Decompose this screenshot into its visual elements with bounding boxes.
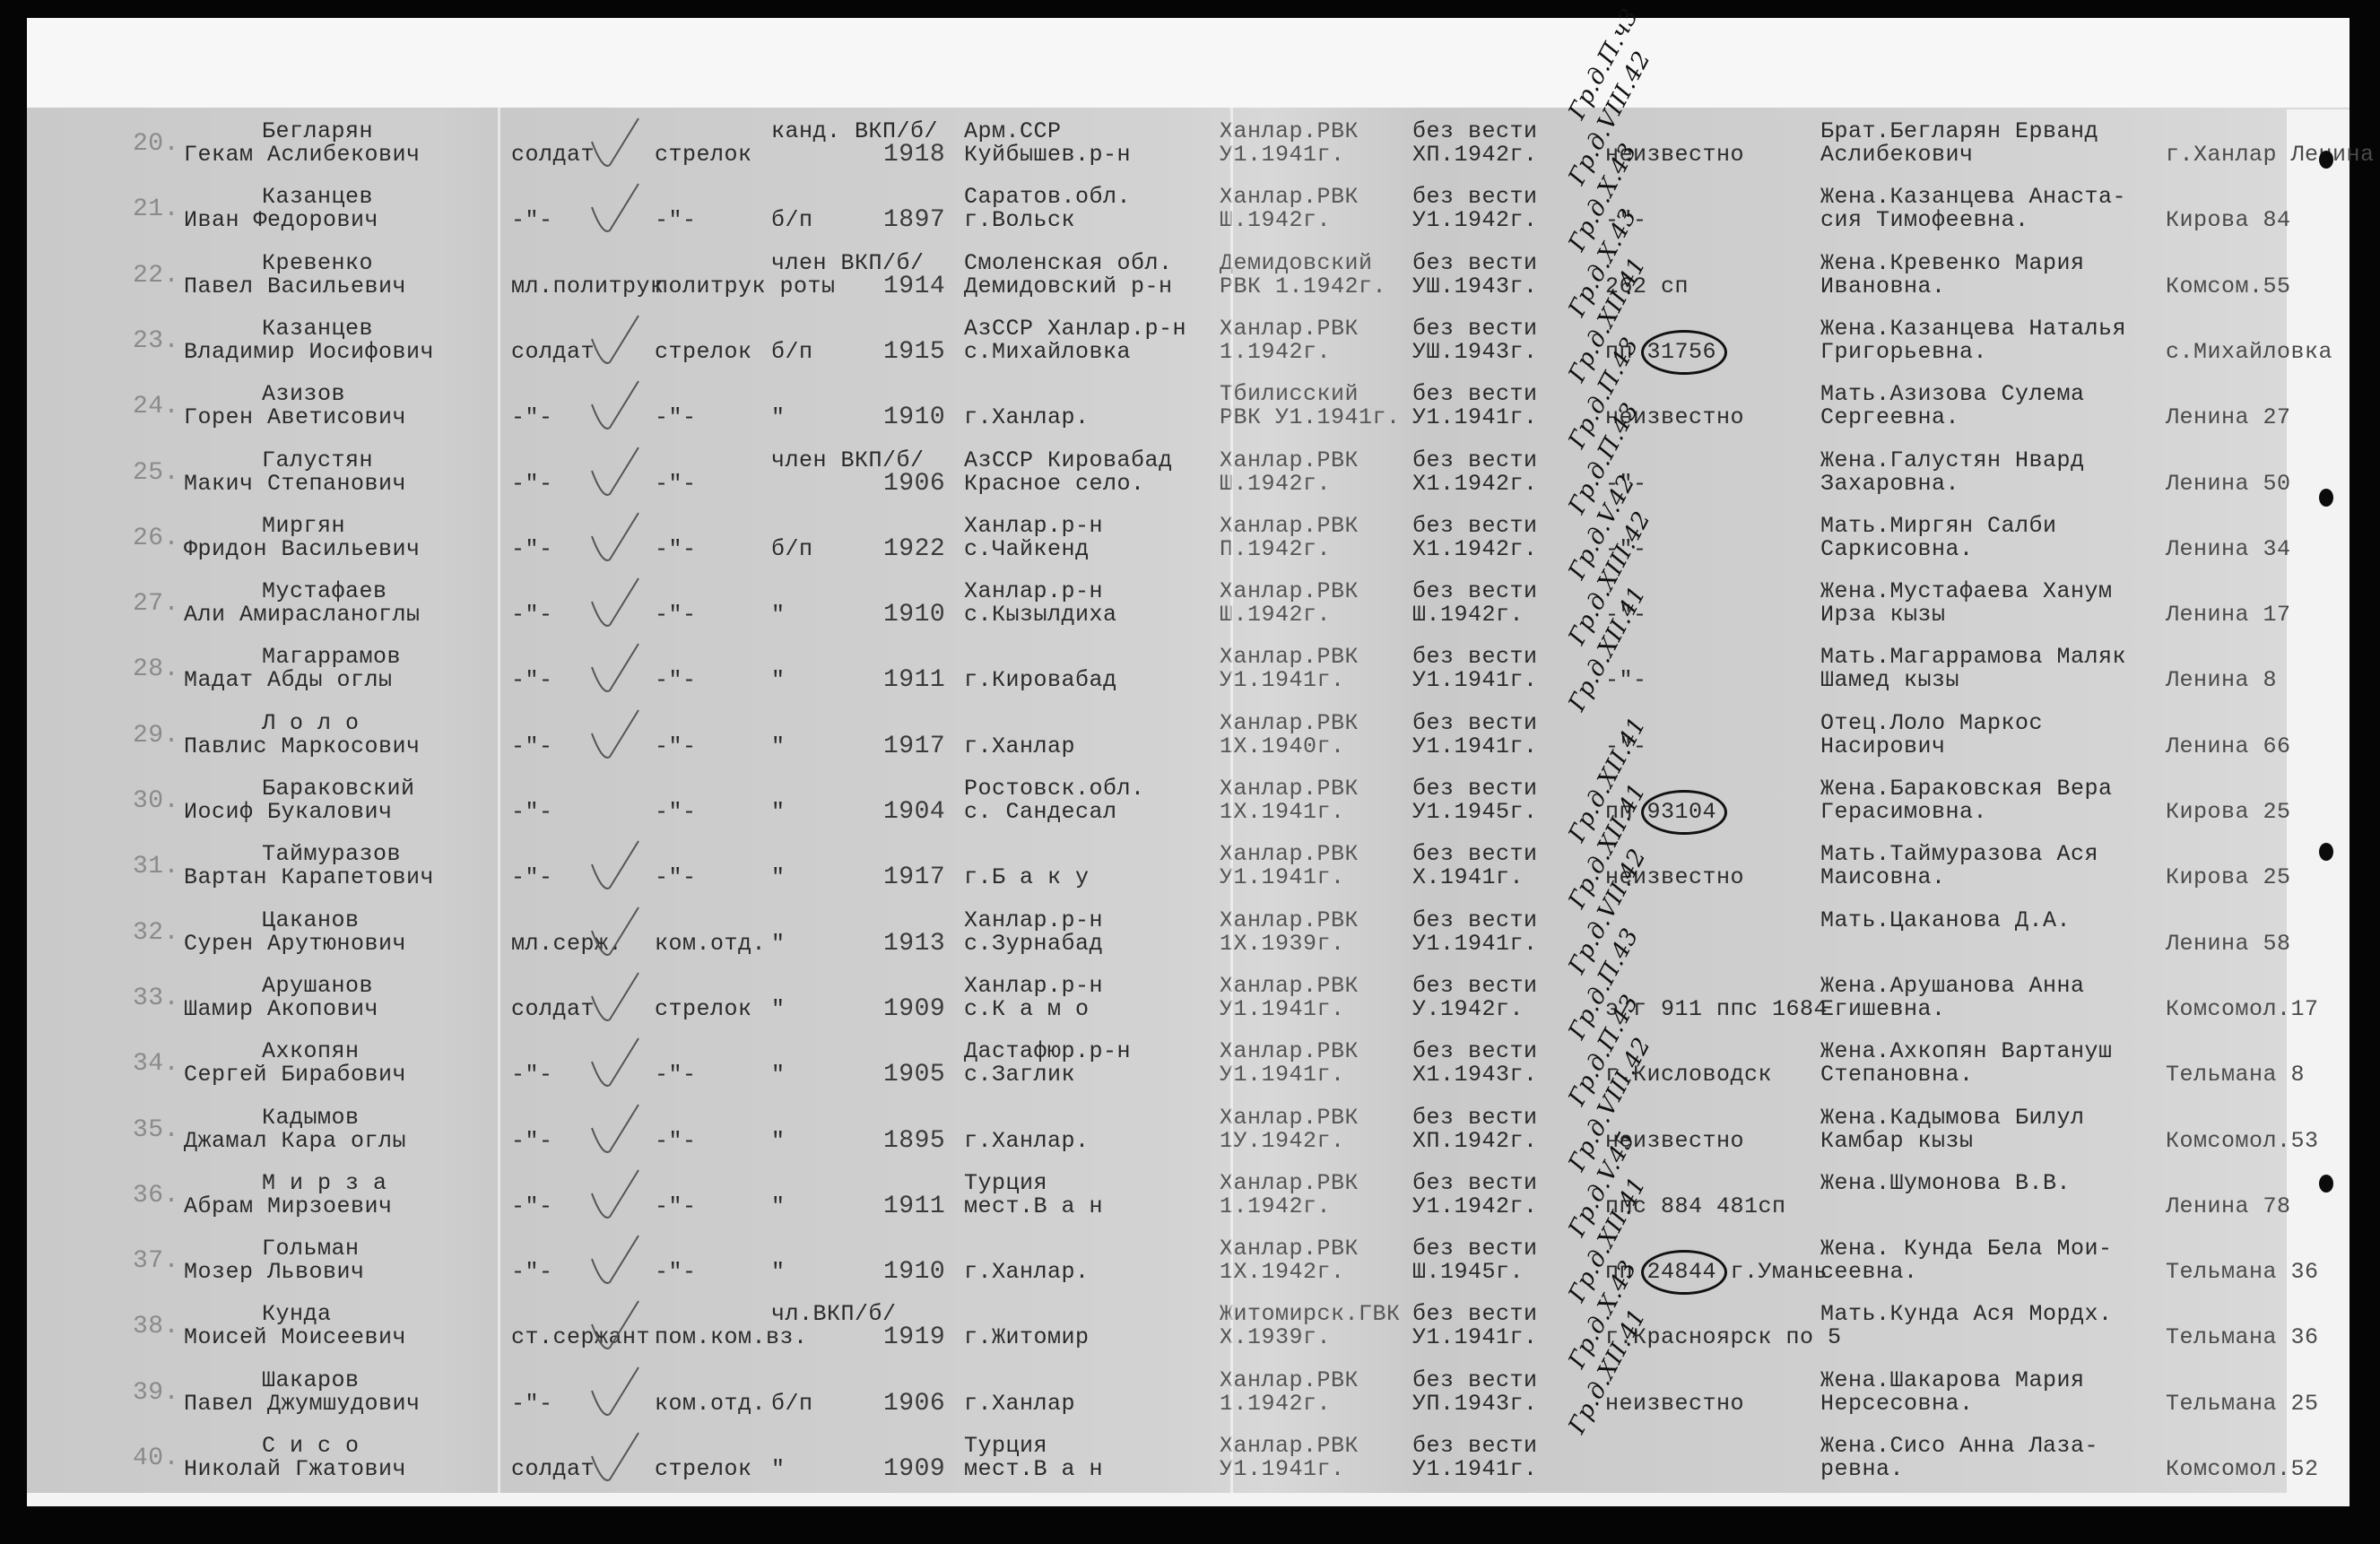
row-number: 21. — [133, 198, 179, 221]
checkmark-icon — [583, 180, 646, 236]
address: Кирова 84 — [2166, 209, 2291, 232]
next-of-kin-line-1: Жена.Шумонова В.В. — [1820, 1172, 2071, 1195]
birthplace-line-2: г.Житомир — [964, 1326, 1090, 1349]
surname: Шакаров — [262, 1369, 360, 1392]
record-row: 21. Казанцев Иван Федорович -"- -"- б/п … — [27, 180, 2287, 245]
punch-hole — [2319, 1175, 2333, 1193]
draft-date: РВК 1.1942г. — [1220, 275, 1386, 299]
record-row: 23. Казанцев Владимир Иосифович солдат с… — [27, 312, 2287, 377]
given-name: Павел Васильевич — [184, 275, 406, 299]
address: Ленина 58 — [2166, 932, 2291, 956]
record-row: 40. С и с о Николай Гжатович солдат стре… — [27, 1429, 2287, 1494]
draft-date: 1Х.1940г. — [1220, 735, 1345, 759]
draft-office: Ханлар.РВК — [1220, 712, 1359, 735]
record-row: 31. Таймуразов Вартан Карапетович -"- -"… — [27, 837, 2287, 902]
next-of-kin-line-2: ревна. — [1820, 1458, 1904, 1481]
draft-office: Ханлар.РВК — [1220, 186, 1359, 209]
missing-date: Х1.1943г. — [1412, 1063, 1538, 1087]
draft-date: 1Х.1939г. — [1220, 932, 1345, 956]
surname: Кунда — [262, 1303, 332, 1326]
next-of-kin-line-2: Саркисовна. — [1820, 538, 1974, 561]
next-of-kin-line-2: Егишевна. — [1820, 998, 1946, 1021]
rank: -"- — [511, 1392, 553, 1416]
checkmark-icon — [583, 1429, 646, 1485]
checkmark-icon — [583, 707, 646, 762]
position: стрелок — [655, 143, 752, 167]
missing-status: без вести — [1412, 317, 1538, 341]
birthplace-line-2: мест.В а н — [964, 1195, 1103, 1219]
missing-status: без вести — [1412, 120, 1538, 143]
row-number: 34. — [133, 1053, 179, 1076]
row-number: 39. — [133, 1382, 179, 1405]
record-row: 34. Ахкопян Сергей Бирабович -"- -"- " 1… — [27, 1035, 2287, 1099]
checkmark-icon — [583, 1167, 646, 1222]
address: Комсомол.52 — [2166, 1458, 2319, 1481]
missing-status: без вести — [1412, 975, 1538, 998]
missing-date: Х1.1942г. — [1412, 538, 1538, 561]
party-status: б/п — [771, 538, 813, 561]
record-row: 22. Кревенко Павел Васильевич мл.политру… — [27, 247, 2287, 311]
missing-status: без вести — [1412, 1369, 1538, 1392]
given-name: Абрам Мирзоевич — [184, 1195, 393, 1219]
row-number: 20. — [133, 133, 179, 156]
rank: -"- — [511, 538, 553, 561]
draft-office: Ханлар.РВК — [1220, 909, 1359, 932]
position: -"- — [655, 801, 697, 824]
birthplace-line-2: г.Вольск — [964, 209, 1075, 232]
next-of-kin-line-1: Мать.Цаканова Д.А. — [1820, 909, 2071, 932]
rank: -"- — [511, 1063, 553, 1087]
row-number: 25. — [133, 462, 179, 485]
birthplace-line-1: Ростовск.обл. — [964, 777, 1145, 801]
missing-status: без вести — [1412, 777, 1538, 801]
party-status: " — [771, 998, 786, 1021]
address: Ленина 50 — [2166, 473, 2291, 496]
position: ком.отд. — [655, 1392, 766, 1416]
draft-office: Ханлар.РВК — [1220, 777, 1359, 801]
surname: С и с о — [262, 1435, 360, 1458]
party-status: " — [771, 801, 786, 824]
missing-date: У1.1941г. — [1412, 1326, 1538, 1349]
birthplace-line-2: мест.В а н — [964, 1458, 1103, 1481]
position: стрелок — [655, 1458, 752, 1481]
record-row: 39. Шакаров Павел Джумшудович -"- ком.от… — [27, 1364, 2287, 1428]
fold-line — [498, 108, 500, 1493]
surname: Бегларян — [262, 120, 373, 143]
next-of-kin-line-2: Григорьевна. — [1820, 341, 1987, 364]
party-status: " — [771, 735, 786, 759]
record-row: 36. М и р з а Абрам Мирзоевич -"- -"- " … — [27, 1167, 2287, 1231]
address: Комсомол.17 — [2166, 998, 2319, 1021]
next-of-kin-line-1: Жена.Казанцева Анаста- — [1820, 186, 2126, 209]
punch-hole — [2319, 843, 2333, 861]
draft-date: 1Х.1942г. — [1220, 1261, 1345, 1284]
position: -"- — [655, 406, 697, 429]
missing-date: У1.1941г. — [1412, 932, 1538, 956]
checkmark-icon — [583, 312, 646, 368]
next-of-kin-line-1: Отец.Лоло Маркос — [1820, 712, 2043, 735]
position: -"- — [655, 473, 697, 496]
next-of-kin-line-2: Захаровна. — [1820, 473, 1959, 496]
surname: Арушанов — [262, 975, 373, 998]
draft-date: Ш.1942г. — [1220, 209, 1331, 232]
surname: М и р з а — [262, 1172, 387, 1195]
address: Ленина 27 — [2166, 406, 2291, 429]
rank: -"- — [511, 735, 553, 759]
address: Ленина 17 — [2166, 603, 2291, 627]
birth-year: 1909 — [883, 998, 945, 1021]
address: Кирова 25 — [2166, 801, 2291, 824]
next-of-kin-line-1: Жена.Кадымова Билул — [1820, 1106, 2085, 1130]
rank: -"- — [511, 406, 553, 429]
missing-status: без вести — [1412, 383, 1538, 406]
missing-date: УП.1943г. — [1412, 1392, 1538, 1416]
given-name: Сергей Бирабович — [184, 1063, 406, 1087]
party-status: " — [771, 1195, 786, 1219]
row-number: 36. — [133, 1184, 179, 1208]
position: -"- — [655, 1195, 697, 1219]
position: -"- — [655, 735, 697, 759]
party-status: член ВКП/б/ — [771, 252, 925, 275]
draft-date: 1У.1942г. — [1220, 1130, 1345, 1153]
next-of-kin-line-1: Жена.Арушанова Анна — [1820, 975, 2085, 998]
rank: -"- — [511, 473, 553, 496]
next-of-kin-line-2: Шамед кызы — [1820, 669, 1959, 692]
draft-office: Ханлар.РВК — [1220, 843, 1359, 866]
birth-year: 1918 — [883, 143, 945, 167]
next-of-kin-line-2: Сергеевна. — [1820, 406, 1959, 429]
missing-status: без вести — [1412, 909, 1538, 932]
next-of-kin-line-1: Жена.Галустян Нвард — [1820, 449, 2085, 473]
given-name: Фридон Васильевич — [184, 538, 421, 561]
missing-status: без вести — [1412, 1040, 1538, 1063]
record-row: 37. Гольман Мозер Львович -"- -"- " 1910… — [27, 1232, 2287, 1297]
address: г.Ханлар Ленина 89 — [2166, 143, 2380, 167]
missing-date: У1.1941г. — [1412, 669, 1538, 692]
birthplace-line-2: г.Ханлар — [964, 735, 1075, 759]
row-number: 29. — [133, 724, 179, 748]
party-status: б/п — [771, 341, 813, 364]
birthplace-line-2: г.Ханлар. — [964, 406, 1090, 429]
next-of-kin-line-1: Мать.Азизова Сулема — [1820, 383, 2085, 406]
position: -"- — [655, 1130, 697, 1153]
address: Тельмана 36 — [2166, 1326, 2319, 1349]
draft-date: П.1942г. — [1220, 538, 1331, 561]
next-of-kin-line-1: Мать.Миргян Салби — [1820, 515, 2057, 538]
birth-year: 1910 — [883, 603, 945, 627]
birthplace-line-2: г.Кировабад — [964, 669, 1117, 692]
surname: Гольман — [262, 1237, 360, 1261]
draft-office: Ханлар.РВК — [1220, 1106, 1359, 1130]
draft-date: РВК У1.1941г. — [1220, 406, 1401, 429]
birth-year: 1919 — [883, 1326, 945, 1349]
birth-year: 1913 — [883, 932, 945, 956]
missing-status: без вести — [1412, 843, 1538, 866]
checkmark-icon — [583, 640, 646, 696]
next-of-kin-line-1: Жена.Мустафаева Ханум — [1820, 580, 2113, 603]
draft-date: У1.1941г. — [1220, 1458, 1345, 1481]
rank: -"- — [511, 801, 553, 824]
draft-office: Ханлар.РВК — [1220, 449, 1359, 473]
party-status: " — [771, 603, 786, 627]
party-status: б/п — [771, 1392, 813, 1416]
surname: Кадымов — [262, 1106, 360, 1130]
birthplace-line-1: Дастафюр.р-н — [964, 1040, 1131, 1063]
birthplace-line-2: с.Зурнабад — [964, 932, 1103, 956]
address: Ленина 66 — [2166, 735, 2291, 759]
missing-date: У1.1941г. — [1412, 1458, 1538, 1481]
next-of-kin-line-1: Жена.Сисо Анна Лаза- — [1820, 1435, 2098, 1458]
party-status: " — [771, 669, 786, 692]
next-of-kin-line-1: Жена. Кунда Бела Мои- — [1820, 1237, 2113, 1261]
record-row: 24. Азизов Горен Аветисович -"- -"- " 19… — [27, 377, 2287, 442]
rank: -"- — [511, 1261, 553, 1284]
birth-year: 1915 — [883, 341, 945, 364]
given-name: Моисей Моисеевич — [184, 1326, 406, 1349]
missing-date: У1.1941г. — [1412, 735, 1538, 759]
rank: мл.политрук — [511, 275, 664, 299]
birth-year: 1922 — [883, 538, 945, 561]
position: политрук роты — [655, 275, 836, 299]
checkmark-icon — [583, 969, 646, 1025]
surname: Цаканов — [262, 909, 360, 932]
next-of-kin-line-2: Аслибекович — [1820, 143, 1974, 167]
birth-year: 1910 — [883, 406, 945, 429]
birth-year: 1917 — [883, 866, 945, 889]
birthplace-line-2: с. Сандесал — [964, 801, 1117, 824]
draft-office: Ханлар.РВК — [1220, 120, 1359, 143]
address: Комсом.55 — [2166, 275, 2291, 299]
birthplace-line-2: г.Ханлар. — [964, 1261, 1090, 1284]
birthplace-line-2: с.Михайловка — [964, 341, 1131, 364]
position: пом.ком.вз. — [655, 1326, 808, 1349]
draft-date: У1.1941г. — [1220, 1063, 1345, 1087]
surname: Ахкопян — [262, 1040, 360, 1063]
missing-status: без вести — [1412, 515, 1538, 538]
punch-hole — [2319, 151, 2333, 169]
position: стрелок — [655, 998, 752, 1021]
checkmark-icon — [583, 1364, 646, 1419]
birthplace-line-1: Турция — [964, 1172, 1047, 1195]
missing-date: Ш.1945г. — [1412, 1261, 1524, 1284]
checkmark-icon — [583, 575, 646, 630]
address: Тельмана 25 — [2166, 1392, 2319, 1416]
surname: Бараковский — [262, 777, 415, 801]
given-name: Макич Степанович — [184, 473, 406, 496]
row-number: 28. — [133, 658, 179, 681]
draft-office: Ханлар.РВК — [1220, 1435, 1359, 1458]
surname: Галустян — [262, 449, 373, 473]
party-status: б/п — [771, 209, 813, 232]
position: -"- — [655, 538, 697, 561]
next-of-kin-line-1: Жена.Кревенко Мария — [1820, 252, 2085, 275]
given-name: Мадат Абды оглы — [184, 669, 393, 692]
given-name: Павлис Маркосович — [184, 735, 421, 759]
draft-office: Житомирск.ГВК — [1220, 1303, 1401, 1326]
next-of-kin-line-2: Насирович — [1820, 735, 1946, 759]
birthplace-line-2: г.Б а к у — [964, 866, 1090, 889]
next-of-kin-line-1: Брат.Бегларян Ерванд — [1820, 120, 2098, 143]
next-of-kin-line-2: Ирза кызы — [1820, 603, 1946, 627]
birth-year: 1906 — [883, 1392, 945, 1416]
draft-date: У1.1941г. — [1220, 143, 1345, 167]
party-status: " — [771, 866, 786, 889]
draft-date: Ш.1942г. — [1220, 603, 1331, 627]
draft-office: Ханлар.РВК — [1220, 646, 1359, 669]
rank: -"- — [511, 1195, 553, 1219]
checkmark-icon — [583, 444, 646, 499]
record-row: 28. Магаррамов Мадат Абды оглы -"- -"- "… — [27, 640, 2287, 705]
checkmark-icon — [583, 377, 646, 433]
position: -"- — [655, 1261, 697, 1284]
row-number: 32. — [133, 922, 179, 945]
surname: Казанцев — [262, 186, 373, 209]
checkmark-icon — [583, 904, 646, 959]
missing-status: без вести — [1412, 1237, 1538, 1261]
surname: Таймуразов — [262, 843, 401, 866]
record-row: 33. Арушанов Шамир Акопович солдат стрел… — [27, 969, 2287, 1034]
birth-year: 1905 — [883, 1063, 945, 1087]
next-of-kin-line-2: Герасимовна. — [1820, 801, 1987, 824]
draft-office: Ханлар.РВК — [1220, 975, 1359, 998]
rank: -"- — [511, 603, 553, 627]
party-status: " — [771, 1130, 786, 1153]
missing-date: У1.1941г. — [1412, 406, 1538, 429]
draft-date: 1.1942г. — [1220, 341, 1331, 364]
record-row: 35. Кадымов Джамал Кара оглы -"- -"- " 1… — [27, 1101, 2287, 1166]
unit-note: неизвестно — [1605, 1392, 1744, 1416]
next-of-kin-line-1: Жена.Шакарова Мария — [1820, 1369, 2085, 1392]
birth-year: 1917 — [883, 735, 945, 759]
given-name: Владимир Иосифович — [184, 341, 434, 364]
row-number: 38. — [133, 1315, 179, 1339]
missing-date: У1.1945г. — [1412, 801, 1538, 824]
birth-year: 1906 — [883, 473, 945, 496]
given-name: Сурен Арутюнович — [184, 932, 406, 956]
position: -"- — [655, 669, 697, 692]
rank: -"- — [511, 866, 553, 889]
birth-year: 1914 — [883, 275, 945, 299]
surname: Азизов — [262, 383, 345, 406]
given-name: Горен Аветисович — [184, 406, 406, 429]
address: Кирова 25 — [2166, 866, 2291, 889]
record-row: 30. Бараковский Иосиф Букалович -"- -"- … — [27, 772, 2287, 837]
birthplace-line-1: Турция — [964, 1435, 1047, 1458]
position: -"- — [655, 866, 697, 889]
checkmark-icon — [583, 115, 646, 170]
party-status: член ВКП/б/ — [771, 449, 925, 473]
birthplace-line-2: с.К а м о — [964, 998, 1090, 1021]
given-name: Шамир Акопович — [184, 998, 378, 1021]
record-row: 20. Бегларян Гекам Аслибекович солдат ст… — [27, 115, 2287, 179]
given-name: Гекам Аслибекович — [184, 143, 421, 167]
record-row: 27. Мустафаев Али Амирасланоглы -"- -"- … — [27, 575, 2287, 639]
address: Тельмана 8 — [2166, 1063, 2305, 1087]
birth-year: 1895 — [883, 1130, 945, 1153]
missing-date: ХП.1942г. — [1412, 143, 1538, 167]
next-of-kin-line-1: Жена.Ахкопян Вартануш — [1820, 1040, 2113, 1063]
draft-date: У1.1941г. — [1220, 866, 1345, 889]
birth-year: 1897 — [883, 209, 945, 232]
birth-year: 1909 — [883, 1458, 945, 1481]
draft-office: Демидовский — [1220, 252, 1373, 275]
next-of-kin-line-2: Маисовна. — [1820, 866, 1946, 889]
next-of-kin-line-2: Камбар кызы — [1820, 1130, 1974, 1153]
address: с.Михайловка — [2166, 341, 2332, 364]
row-number: 22. — [133, 265, 179, 288]
row-number: 26. — [133, 527, 179, 551]
position: ком.отд. — [655, 932, 766, 956]
party-status: " — [771, 406, 786, 429]
missing-status: без вести — [1412, 1106, 1538, 1130]
surname: Миргян — [262, 515, 345, 538]
birthplace-line-2: с.Чайкенд — [964, 538, 1090, 561]
draft-office: Ханлар.РВК — [1220, 1040, 1359, 1063]
position: -"- — [655, 1063, 697, 1087]
birthplace-line-1: АзССР Ханлар.р-н — [964, 317, 1186, 341]
draft-date: 1Х.1941г. — [1220, 801, 1345, 824]
birth-year: 1911 — [883, 669, 945, 692]
draft-date: У1.1941г. — [1220, 669, 1345, 692]
draft-date: 1.1942г. — [1220, 1392, 1331, 1416]
draft-office: Ханлар.РВК — [1220, 515, 1359, 538]
row-number: 27. — [133, 593, 179, 616]
missing-date: Х.1941г. — [1412, 866, 1524, 889]
circled-unit-number — [1641, 330, 1727, 375]
position: -"- — [655, 603, 697, 627]
draft-office: Ханлар.РВК — [1220, 1369, 1359, 1392]
missing-date: Ш.1942г. — [1412, 603, 1524, 627]
position: стрелок — [655, 341, 752, 364]
birthplace-line-1: Ханлар.р-н — [964, 515, 1103, 538]
given-name: Николай Гжатович — [184, 1458, 406, 1481]
missing-status: без вести — [1412, 1303, 1538, 1326]
given-name: Павел Джумшудович — [184, 1392, 421, 1416]
next-of-kin-line-2: Ивановна. — [1820, 275, 1946, 299]
rank: -"- — [511, 1130, 553, 1153]
draft-date: 1.1942г. — [1220, 1195, 1331, 1219]
draft-office: Ханлар.РВК — [1220, 317, 1359, 341]
row-number: 31. — [133, 855, 179, 879]
party-status: " — [771, 1063, 786, 1087]
next-of-kin-line-1: Жена.Казанцева Наталья — [1820, 317, 2126, 341]
circled-unit-number — [1641, 790, 1727, 835]
given-name: Али Амирасланоглы — [184, 603, 421, 627]
draft-office: Ханлар.РВК — [1220, 580, 1359, 603]
row-number: 30. — [133, 790, 179, 813]
birthplace-line-2: г.Ханлар — [964, 1392, 1075, 1416]
next-of-kin-line-1: Мать.Магаррамова Маляк — [1820, 646, 2126, 669]
birthplace-line-1: Ханлар.р-н — [964, 909, 1103, 932]
rank: -"- — [511, 669, 553, 692]
checkmark-icon — [583, 1035, 646, 1090]
birthplace-line-1: АзССР Кировабад — [964, 449, 1173, 473]
birthplace-line-2: г.Ханлар. — [964, 1130, 1090, 1153]
paper-top-margin — [27, 18, 2350, 109]
draft-date: Ш.1942г. — [1220, 473, 1331, 496]
missing-status: без вести — [1412, 1435, 1538, 1458]
document-page: 20. Бегларян Гекам Аслибекович солдат ст… — [27, 108, 2287, 1493]
missing-date: У.1942г. — [1412, 998, 1524, 1021]
birthplace-line-1: Саратов.обл. — [964, 186, 1131, 209]
row-number: 23. — [133, 330, 179, 353]
birthplace-line-1: Арм.ССР — [964, 120, 1062, 143]
next-of-kin-line-2: Нерсесовна. — [1820, 1392, 1974, 1416]
position: -"- — [655, 209, 697, 232]
next-of-kin-line-2: Степановна. — [1820, 1063, 1974, 1087]
birth-year: 1910 — [883, 1261, 945, 1284]
surname: Магаррамов — [262, 646, 401, 669]
